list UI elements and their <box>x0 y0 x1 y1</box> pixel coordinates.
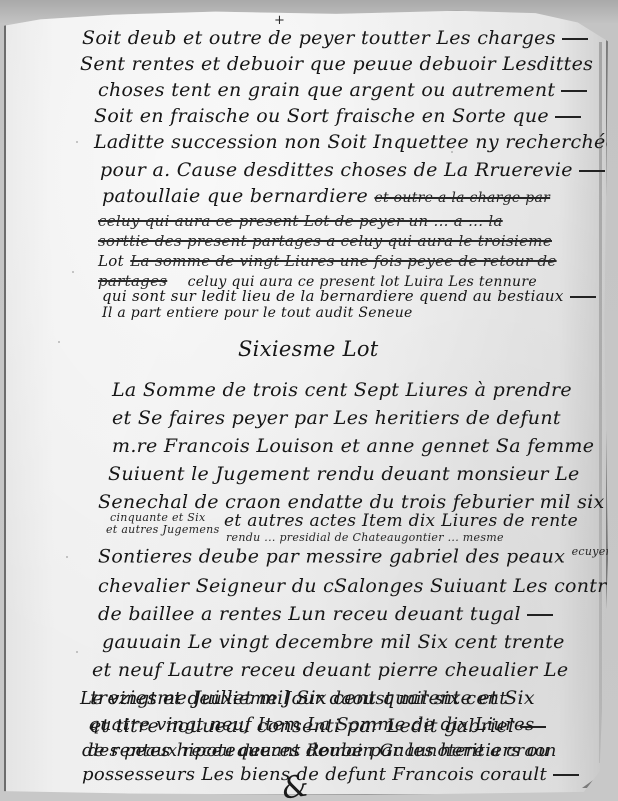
text-line: quatre vingt neuf Item La Somme de dix L… <box>88 714 535 735</box>
line-text: quatre vingt neuf Item La Somme de dix L… <box>88 714 535 735</box>
line-text: possesseurs Les biens de defunt Francois… <box>82 764 547 785</box>
text-line: de rentes hipotequeres deube par les her… <box>82 740 550 761</box>
line-text: Le vingt et deuxieme Jour daoust mil six… <box>80 688 507 709</box>
manuscript-text-lower <box>4 10 604 793</box>
text-line: possesseurs Les biens de defunt Francois… <box>82 764 579 785</box>
text-line: Le vingt et deuxieme Jour daoust mil six… <box>80 688 507 709</box>
line-filler <box>553 774 579 776</box>
line-text: de rentes hipotequeres deube par les her… <box>82 740 550 761</box>
paraph-signature: & <box>280 768 311 801</box>
